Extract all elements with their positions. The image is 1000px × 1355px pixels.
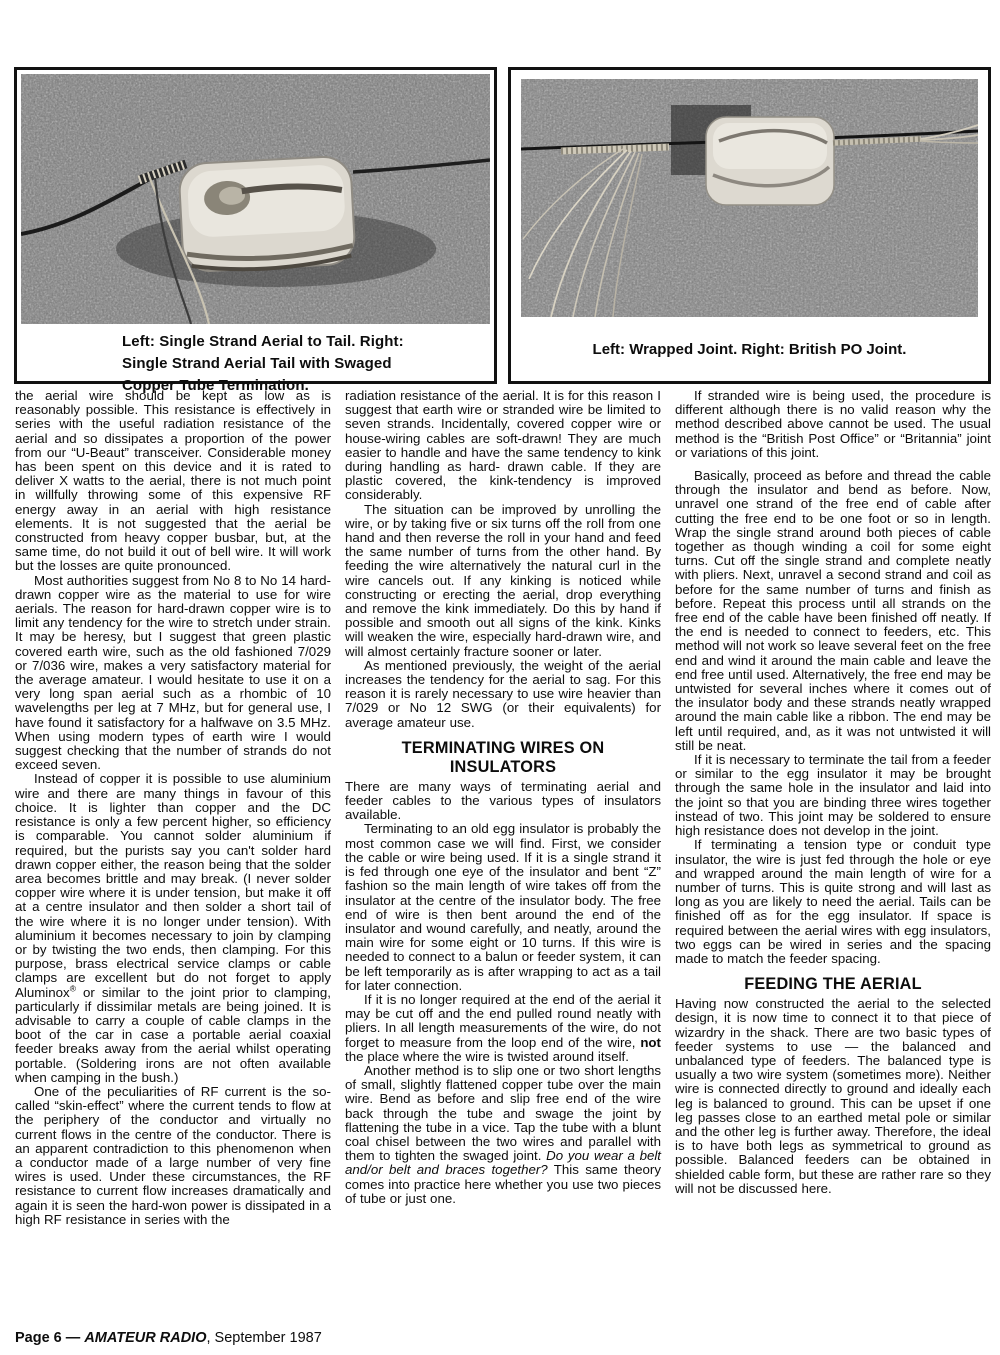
footer-page-number: Page 6 bbox=[15, 1330, 66, 1346]
caption-line: Single Strand Aerial Tail with Swaged bbox=[122, 353, 490, 375]
paragraph: There are many ways of terminating aeria… bbox=[345, 780, 661, 823]
photo-right-caption: Left: Wrapped Joint. Right: British PO J… bbox=[521, 341, 978, 358]
article-columns: the aerial wire should be kept as low as… bbox=[15, 389, 991, 1227]
footer-dash: — bbox=[66, 1330, 85, 1346]
paragraph: the aerial wire should be kept as low as… bbox=[15, 389, 331, 574]
column-3: If stranded wire is being used, the proc… bbox=[675, 389, 991, 1227]
photo-right-image bbox=[521, 79, 978, 317]
photo-right-frame: Left: Wrapped Joint. Right: British PO J… bbox=[508, 67, 991, 384]
paragraph: If it is no longer required at the end o… bbox=[345, 993, 661, 1064]
magazine-page-scan: Left: Single Strand Aerial to Tail. Righ… bbox=[0, 0, 1000, 1355]
photo-left-image bbox=[21, 74, 490, 324]
paragraph: Having now constructed the aerial to the… bbox=[675, 997, 991, 1196]
paragraph: Terminating to an old egg insulator is p… bbox=[345, 822, 661, 992]
column-1: the aerial wire should be kept as low as… bbox=[15, 389, 331, 1227]
column-2: radiation resistance of the aerial. It i… bbox=[345, 389, 661, 1227]
section-heading: TERMINATING WIRES ONINSULATORS bbox=[345, 739, 661, 777]
paragraph: Most authorities suggest from No 8 to No… bbox=[15, 574, 331, 773]
paragraph: As mentioned previously, the weight of t… bbox=[345, 659, 661, 730]
paragraph: Another method is to slip one or two sho… bbox=[345, 1064, 661, 1206]
footer-magazine-title: AMATEUR RADIO bbox=[84, 1330, 206, 1346]
paragraph: If it is necessary to terminate the tail… bbox=[675, 753, 991, 838]
paragraph: One of the peculiarities of RF current i… bbox=[15, 1085, 331, 1227]
paragraph: radiation resistance of the aerial. It i… bbox=[345, 389, 661, 503]
caption-line: Left: Single Strand Aerial to Tail. Righ… bbox=[122, 331, 490, 353]
section-heading: FEEDING THE AERIAL bbox=[675, 975, 991, 994]
paragraph: Instead of copper it is possible to use … bbox=[15, 772, 331, 1084]
page-footer: Page 6 — AMATEUR RADIO, September 1987 bbox=[15, 1330, 322, 1346]
paragraph: The situation can be improved by unrolli… bbox=[345, 503, 661, 659]
photos-row: Left: Single Strand Aerial to Tail. Righ… bbox=[14, 67, 990, 384]
paragraph: If terminating a tension type or conduit… bbox=[675, 838, 991, 966]
paragraph: If stranded wire is being used, the proc… bbox=[675, 389, 991, 460]
footer-date: , September 1987 bbox=[206, 1330, 321, 1346]
photo-left-frame: Left: Single Strand Aerial to Tail. Righ… bbox=[14, 67, 497, 384]
paragraph: Basically, proceed as before and thread … bbox=[675, 469, 991, 753]
